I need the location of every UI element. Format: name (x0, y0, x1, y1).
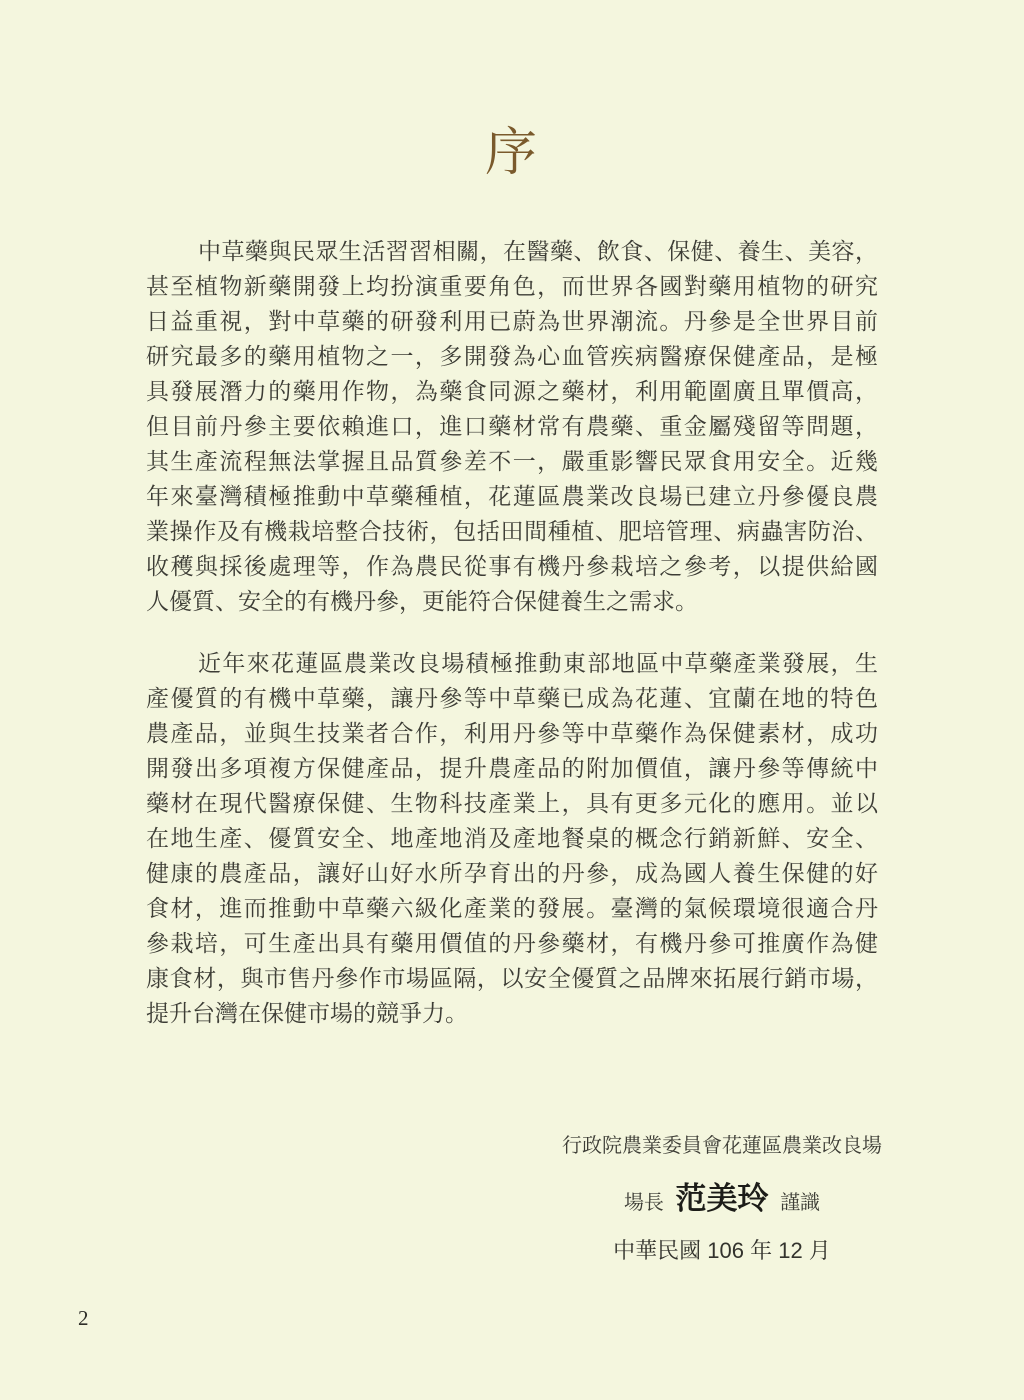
paragraph-line: 但目前丹參主要依賴進口，進口藥材常有農藥、重金屬殘留等問題， (146, 409, 878, 444)
page-title: 序 (0, 126, 1024, 182)
paragraph-line: 藥材在現代醫療保健、生物科技產業上，具有更多元化的應用。並以 (146, 786, 878, 821)
paragraph-line: 農產品，並與生技業者合作，利用丹參等中草藥作為保健素材，成功 (146, 716, 878, 751)
paragraph-line: 日益重視，對中草藥的研發利用已蔚為世界潮流。丹參是全世界目前 (146, 304, 878, 339)
paragraph-line: 開發出多項複方保健產品，提升農產品的附加價值，讓丹參等傳統中 (146, 751, 878, 786)
signature-name-line: 場長 范美玲 謹識 (462, 1180, 982, 1222)
signature-block: 行政院農業委員會花蓮區農業改良場 場長 范美玲 謹識 中華民國 106 年 12… (462, 1133, 982, 1266)
signature-organization: 行政院農業委員會花蓮區農業改良場 (462, 1133, 982, 1159)
paragraph-line: 產優質的有機中草藥，讓丹參等中草藥已成為花蓮、宜蘭在地的特色 (146, 681, 878, 716)
paragraph-line: 收穫與採後處理等，作為農民從事有機丹參栽培之參考，以提供給國 (146, 549, 878, 584)
paragraph-line: 健康的農產品，讓好山好水所孕育出的丹參，成為國人養生保健的好 (146, 856, 878, 891)
signature-name: 范美玲 (676, 1181, 769, 1216)
paragraph-line: 其生產流程無法掌握且品質參差不一，嚴重影響民眾食用安全。近幾 (146, 444, 878, 479)
page-number: 2 (78, 1304, 89, 1332)
paragraph-line: 甚至植物新藥開發上均扮演重要角色，而世界各國對藥用植物的研究 (146, 269, 878, 304)
signature-date: 中華民國 106 年 12 月 (462, 1236, 982, 1266)
paragraph-line: 業操作及有機栽培整合技術，包括田間種植、肥培管理、病蟲害防治、 (146, 514, 878, 549)
paragraph-line: 康食材，與市售丹參作市場區隔，以安全優質之品牌來拓展行銷市場， (146, 961, 878, 996)
signature-suffix: 謹識 (780, 1192, 820, 1214)
paragraph-line: 參栽培，可生產出具有藥用價值的丹參藥材，有機丹參可推廣作為健 (146, 926, 878, 961)
paragraph-line: 研究最多的藥用植物之一，多開發為心血管疾病醫療保健產品，是極 (146, 339, 878, 374)
paragraph-line: 具發展潛力的藥用作物，為藥食同源之藥材，利用範圍廣且單價高， (146, 374, 878, 409)
paragraph-2: 近年來花蓮區農業改良場積極推動東部地區中草藥產業發展，生產優質的有機中草藥，讓丹… (146, 646, 878, 1031)
signature-role: 場長 (624, 1192, 664, 1214)
preface-page: 序 中草藥與民眾生活習習相關，在醫藥、飲食、保健、養生、美容，甚至植物新藥開發上… (0, 0, 1024, 1400)
paragraph-line: 年來臺灣積極推動中草藥種植，花蓮區農業改良場已建立丹參優良農 (146, 479, 878, 514)
paragraph-line: 近年來花蓮區農業改良場積極推動東部地區中草藥產業發展，生 (146, 646, 878, 681)
paragraph-line: 中草藥與民眾生活習習相關，在醫藥、飲食、保健、養生、美容， (146, 234, 878, 269)
paragraph-line: 人優質、安全的有機丹參，更能符合保健養生之需求。 (146, 584, 878, 619)
paragraph-line: 提升台灣在保健市場的競爭力。 (146, 996, 878, 1031)
paragraph-line: 食材，進而推動中草藥六級化產業的發展。臺灣的氣候環境很適合丹 (146, 891, 878, 926)
paragraph-line: 在地生產、優質安全、地產地消及產地餐桌的概念行銷新鮮、安全、 (146, 821, 878, 856)
paragraph-1: 中草藥與民眾生活習習相關，在醫藥、飲食、保健、養生、美容，甚至植物新藥開發上均扮… (146, 234, 878, 619)
